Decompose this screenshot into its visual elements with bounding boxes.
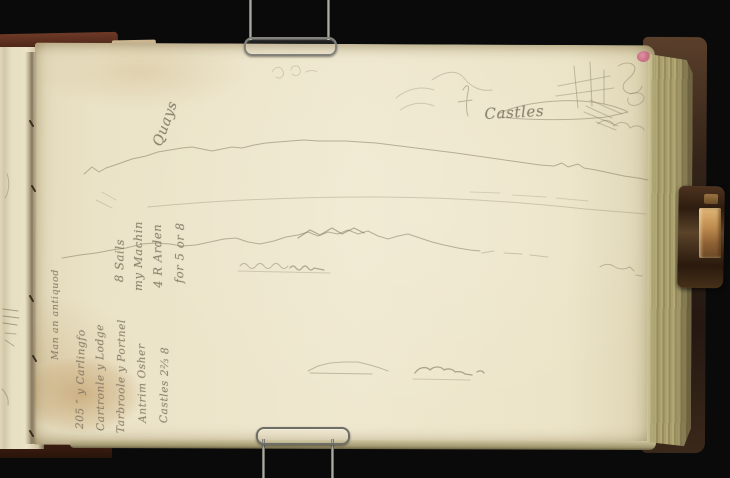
inscription-upper-1: 8 Sails [112, 186, 128, 282]
horizon-ridge-sketch [84, 140, 648, 214]
ships-sketch [272, 62, 644, 130]
inscription-upper-3: 4 R Arden [149, 174, 165, 288]
island-boat-sketch [308, 362, 484, 380]
water-squiggle-sketch [238, 251, 642, 276]
top-clip-wire-left [249, 0, 252, 40]
top-retaining-clip [244, 37, 337, 56]
binding-stitches [30, 121, 36, 436]
inscription-lower-4: Tarbroole y Portnel [115, 299, 128, 433]
inscription-upper-2: my Machin [131, 173, 145, 291]
inscription-lower-5: Antrim Osher [135, 317, 149, 423]
inscription-lower-3: Cartronle y Lodge [94, 303, 107, 431]
inscription-lower-6: Castles 2⅔ 8 [158, 323, 172, 423]
pencil-sketch-layer [0, 0, 730, 478]
margin-marks-sketch [2, 174, 19, 405]
inscription-upper-4: for 5 or 8 [172, 179, 188, 283]
sketchbook-photograph: Castles Quays 8 Sails my Machin 4 R Arde… [0, 0, 730, 478]
inscription-lower-1: Man an antiquod [50, 288, 61, 360]
top-clip-wire-right [327, 0, 330, 40]
inscription-lower-2: 205 ″ y Carlingfo [74, 299, 88, 429]
bottom-retaining-clip [256, 427, 350, 445]
